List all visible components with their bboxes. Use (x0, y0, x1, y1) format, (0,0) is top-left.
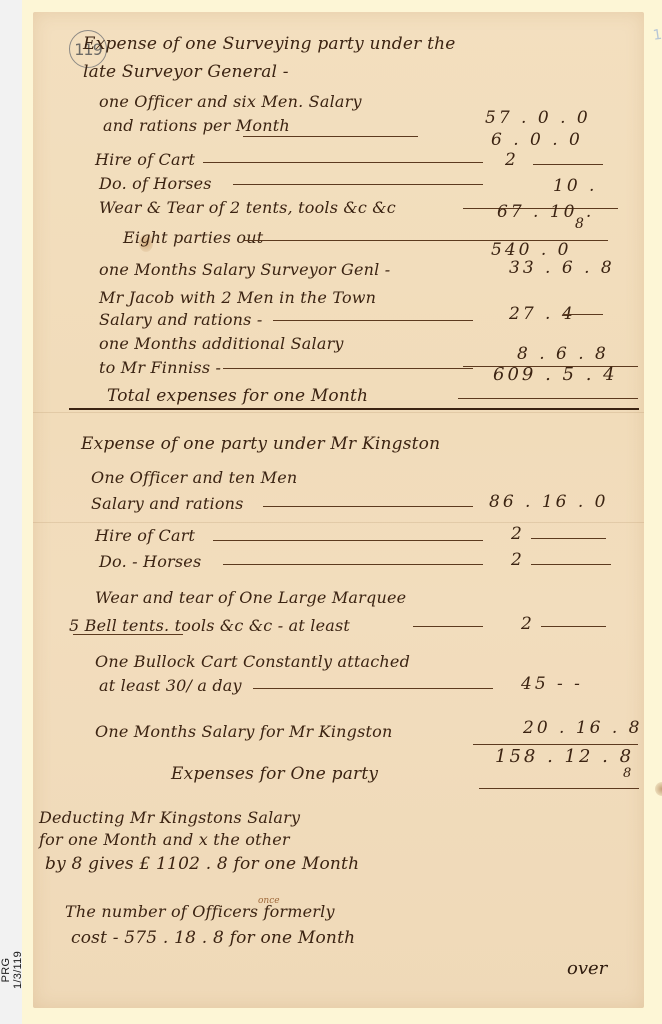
archive-side-strip (0, 0, 22, 1024)
leader-rule (243, 136, 418, 137)
ledger-item-text: Salary and rations - (99, 310, 262, 329)
leader-rule (533, 164, 603, 165)
corner-folio-mark: 119 (652, 24, 662, 44)
ledger-amount: 57 . 0 . 0 (485, 108, 591, 128)
ledger-amount: 86 . 16 . 0 (489, 492, 609, 512)
ledger-item-text: One Officer and ten Men (91, 468, 297, 487)
leader-rule (253, 688, 493, 689)
section2-heading: Expense of one party under Mr Kingston (81, 434, 440, 454)
ledger-item-text: Do. of Horses (99, 174, 212, 193)
officers-note-line2: cost - 575 . 18 . 8 for one Month (71, 928, 355, 948)
section2-total-amount: 158 . 12 . 8 (495, 746, 634, 767)
ledger-amount: 33 . 6 . 8 (509, 258, 615, 278)
ledger-item-text: one Officer and six Men. Salary (99, 92, 362, 111)
subtotal-rule (473, 744, 638, 745)
deduction-note-line2: for one Month and x the other (39, 830, 290, 849)
leader-rule (413, 626, 483, 627)
leader-rule (541, 626, 606, 627)
leader-rule (213, 540, 483, 541)
ledger-item-text: Salary and rations (91, 494, 244, 513)
ledger-item-text: Hire of Cart (95, 150, 195, 169)
ledger-item-text: Do. - Horses (99, 552, 201, 571)
leader-rule (531, 538, 606, 539)
leader-rule (223, 564, 483, 565)
ledger-amount: 8 . 6 . 8 (517, 344, 609, 364)
ledger-amount: 2 (511, 524, 525, 544)
ledger-amount: 6 . 0 . 0 (491, 130, 583, 150)
paper-fold-line (33, 412, 644, 413)
ledger-amount: 540 . 0 (491, 240, 571, 260)
leader-rule (203, 162, 483, 163)
archive-reference-label: PRG 1/3/119 (0, 940, 24, 1000)
ledger-item-text: to Mr Finniss - (99, 358, 221, 377)
ledger-item-text: One Bullock Cart Constantly attached (95, 652, 410, 671)
section1-heading-line1: Expense of one Surveying party under the (83, 34, 456, 54)
paper-fold-line (33, 522, 644, 523)
deduction-note-line3: by 8 gives £ 1102 . 8 for one Month (45, 854, 359, 874)
ledger-amount: 2 (521, 614, 535, 634)
ledger-item-text: 5 Bell tents. tools &c &c - at least (69, 616, 350, 635)
ledger-item-text: Wear & Tear of 2 tents, tools &c &c (99, 198, 396, 217)
section1-total-amount: 609 . 5 . 4 (493, 364, 618, 385)
ledger-item-text: one Months additional Salary (99, 334, 344, 353)
leader-rule (273, 320, 473, 321)
ledger-item-text: Mr Jacob with 2 Men in the Town (99, 288, 376, 307)
multiplier: 8 (623, 766, 634, 781)
section-divider (69, 408, 639, 410)
ledger-amount: 2 (511, 550, 525, 570)
section1-total-label: Total expenses for one Month (107, 386, 368, 406)
ledger-amount: 20 . 16 . 8 (523, 718, 643, 738)
ledger-amount: 45 - - (521, 674, 583, 694)
officers-note-line1: The number of Officers formerly (65, 902, 335, 921)
ledger-amount: 10 . (553, 176, 597, 196)
section2-total-label: Expenses for One party (171, 764, 378, 784)
leader-rule (233, 184, 483, 185)
multiplier: 8 (575, 216, 587, 232)
ledger-item-text: and rations per Month (103, 116, 290, 135)
section1-heading-line2: late Surveyor General - (83, 62, 289, 82)
total-rule (479, 788, 639, 789)
leader-rule (531, 564, 611, 565)
ledger-amount: 2 (505, 150, 519, 170)
ledger-item-text: Wear and tear of One Large Marquee (95, 588, 406, 607)
leader-rule (223, 368, 473, 369)
total-rule (458, 398, 638, 399)
leader-rule (563, 314, 603, 315)
over-catchword: over (567, 958, 607, 979)
ledger-item-text: Eight parties out (123, 228, 263, 247)
leader-rule (263, 506, 473, 507)
underline-rule (73, 634, 183, 635)
ledger-item-text: Hire of Cart (95, 526, 195, 545)
ledger-item-text: one Months Salary Surveyor Genl - (99, 260, 390, 279)
deduction-note-line1: Deducting Mr Kingstons Salary (39, 808, 300, 827)
manuscript-page: 119 119 Expense of one Surveying party u… (33, 12, 644, 1008)
ledger-item-text: at least 30/ a day (99, 676, 242, 695)
ledger-item-text: One Months Salary for Mr Kingston (95, 722, 392, 741)
ink-stain (655, 782, 662, 796)
